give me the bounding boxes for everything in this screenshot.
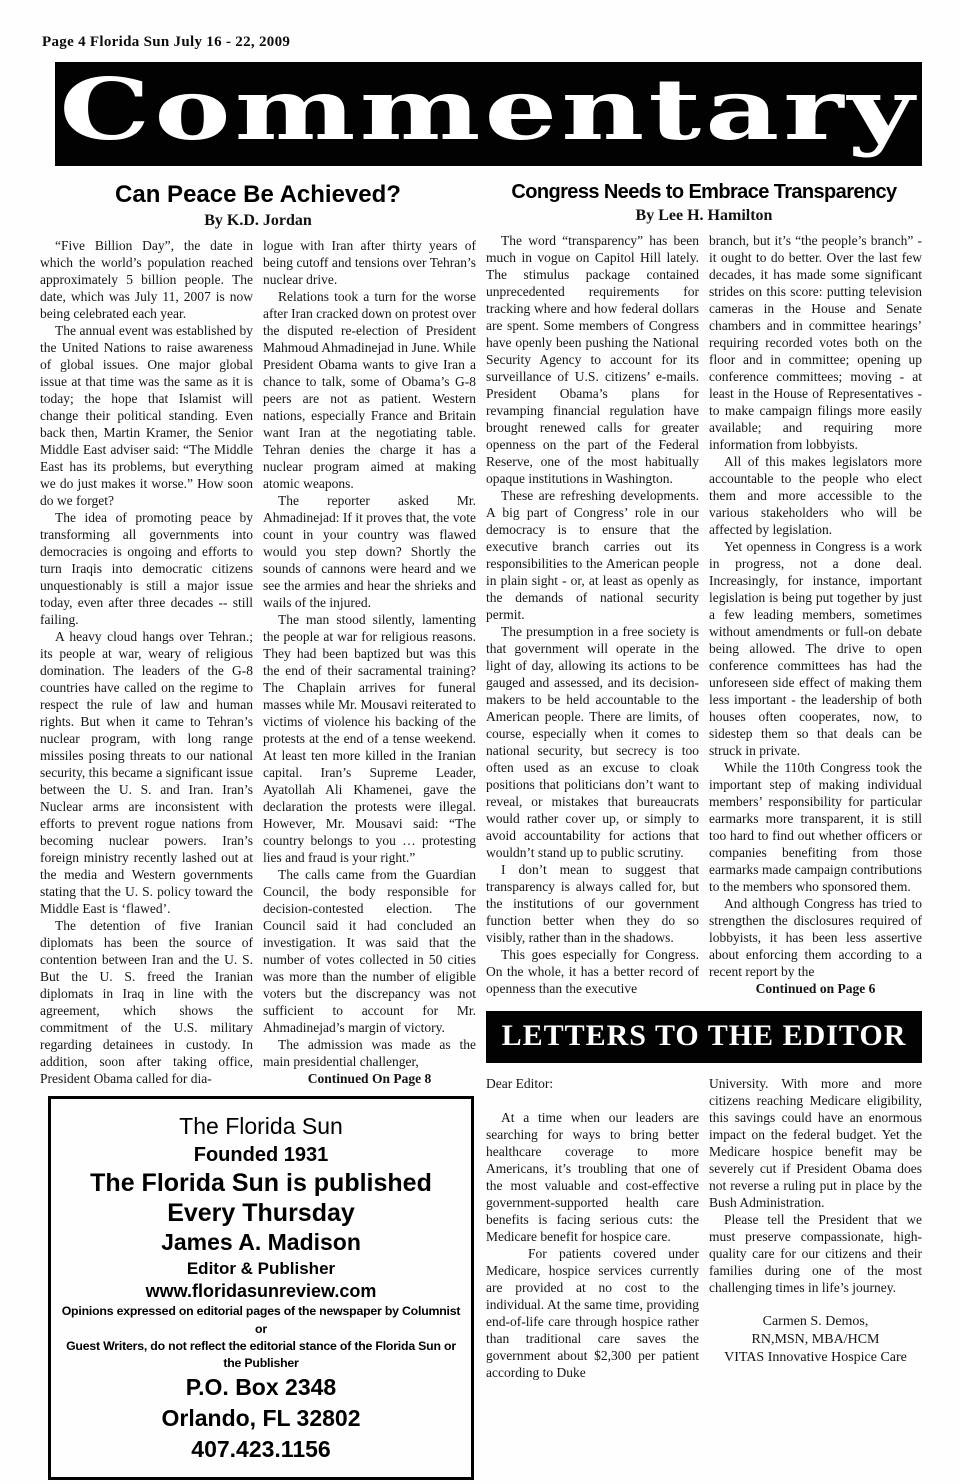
article-congress-transparency: Congress Needs to Embrace Transparency B… [486, 176, 922, 997]
masthead-editor-name: James A. Madison [57, 1228, 465, 1258]
article-paragraph: While the 110th Congress took the import… [709, 759, 922, 895]
article-paragraph: Yet openness in Congress is a work in pr… [709, 538, 922, 759]
left-column-half: Can Peace Be Achieved? By K.D. Jordan “F… [40, 176, 476, 1480]
masthead-founded: Founded 1931 [57, 1142, 465, 1168]
article-byline: By K.D. Jordan [40, 212, 476, 230]
signature-credentials: RN,MSN, MBA/HCM [709, 1331, 922, 1349]
article-paragraph: The admission was made as the main presi… [263, 1036, 476, 1070]
article-columns: “Five Billion Day”, the date in which th… [40, 237, 476, 1087]
article-columns: The word “transparency” has been much in… [486, 232, 922, 997]
article-paragraph: branch, but it’s “the people’s branch” -… [709, 232, 922, 453]
newspaper-page: Page 4 Florida Sun July 16 - 22, 2009 Co… [0, 0, 960, 1484]
masthead-po-box: P.O. Box 2348 [57, 1372, 465, 1403]
masthead-disclaimer-line2: Guest Writers, do not reflect the editor… [57, 1338, 465, 1372]
continued-notice: Continued on Page 6 [709, 980, 922, 997]
article-column-1: “Five Billion Day”, the date in which th… [40, 237, 253, 1087]
letters-column-2: University. With more and more citizens … [709, 1075, 922, 1381]
article-paragraph: The presumption in a free society is tha… [486, 623, 699, 861]
continued-notice: Continued On Page 8 [263, 1070, 476, 1087]
article-paragraph: I don’t mean to suggest that transparenc… [486, 861, 699, 946]
masthead-published-line2: Every Thursday [57, 1198, 465, 1228]
letter-signature: Carmen S. Demos, RN,MSN, MBA/HCM VITAS I… [709, 1313, 922, 1367]
article-paragraph: “Five Billion Day”, the date in which th… [40, 237, 253, 322]
article-paragraph: The annual event was established by the … [40, 322, 253, 509]
article-column-2: branch, but it’s “the people’s branch” -… [709, 232, 922, 997]
letter-paragraph: At a time when our leaders are searching… [486, 1109, 699, 1245]
masthead-published-line1: The Florida Sun is published [57, 1168, 465, 1198]
article-column-1: The word “transparency” has been much in… [486, 232, 699, 997]
article-paragraph: A heavy cloud hangs over Tehran.; its pe… [40, 628, 253, 917]
article-paragraph: All of this makes legislators more accou… [709, 453, 922, 538]
masthead-website: www.floridasunreview.com [57, 1279, 465, 1303]
commentary-banner: Commentary [55, 62, 922, 166]
article-paragraph: This goes especially for Congress. On th… [486, 946, 699, 997]
letter-paragraph: Please tell the President that we must p… [709, 1211, 922, 1296]
letter-paragraph: University. With more and more citizens … [709, 1075, 922, 1211]
article-paragraph: And although Congress has tried to stren… [709, 895, 922, 980]
section-title: Commentary [59, 68, 918, 160]
signature-name: Carmen S. Demos, [709, 1313, 922, 1331]
article-paragraph: The calls came from the Guardian Council… [263, 866, 476, 1036]
letters-section: Dear Editor: At a time when our leaders … [486, 1075, 922, 1381]
article-paragraph: The detention of five Iranian diplomats … [40, 917, 253, 1087]
article-paragraph: The idea of promoting peace by transform… [40, 509, 253, 628]
masthead-box: The Florida Sun Founded 1931 The Florida… [48, 1096, 474, 1480]
article-paragraph: The reporter asked Mr. Ahmadinejad: If i… [263, 492, 476, 611]
masthead-city-state: Orlando, FL 32802 [57, 1403, 465, 1434]
masthead-phone: 407.423.1156 [57, 1434, 465, 1465]
right-column-half: Congress Needs to Embrace Transparency B… [486, 176, 922, 1480]
letters-to-editor-banner: LETTERS TO THE EDITOR [486, 1011, 922, 1063]
masthead-editor-title: Editor & Publisher [57, 1258, 465, 1279]
article-title: Congress Needs to Embrace Transparency [486, 181, 922, 204]
article-byline: By Lee H. Hamilton [486, 207, 922, 225]
letter-salutation: Dear Editor: [486, 1075, 699, 1092]
article-can-peace-be-achieved: Can Peace Be Achieved? By K.D. Jordan “F… [40, 176, 476, 1087]
article-column-2: logue with Iran after thirty years of be… [263, 237, 476, 1087]
article-title: Can Peace Be Achieved? [40, 181, 476, 209]
letter-paragraph: For patients covered under Medicare, hos… [486, 1245, 699, 1381]
article-paragraph: logue with Iran after thirty years of be… [263, 237, 476, 288]
signature-organization: VITAS Innovative Hospice Care [709, 1349, 922, 1367]
letters-column-1: Dear Editor: At a time when our leaders … [486, 1075, 699, 1381]
page-header: Page 4 Florida Sun July 16 - 22, 2009 [0, 0, 960, 51]
article-paragraph: The man stood silently, lamenting the pe… [263, 611, 476, 866]
article-paragraph: These are refreshing developments. A big… [486, 487, 699, 623]
page-content: Can Peace Be Achieved? By K.D. Jordan “F… [0, 176, 960, 1480]
masthead-title: The Florida Sun [57, 1111, 465, 1142]
article-paragraph: Relations took a turn for the worse afte… [263, 288, 476, 492]
article-paragraph: The word “transparency” has been much in… [486, 232, 699, 487]
masthead-disclaimer-line1: Opinions expressed on editorial pages of… [57, 1303, 465, 1337]
